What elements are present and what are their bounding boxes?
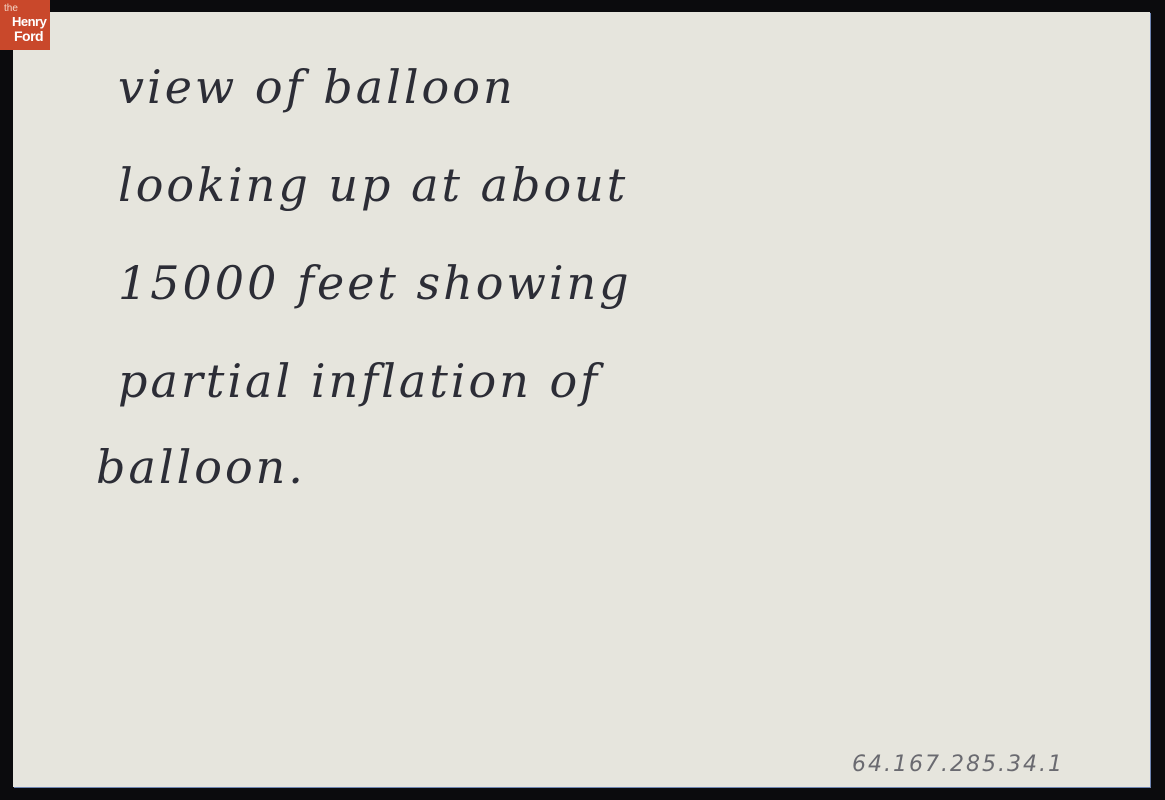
logo-ford: Ford [14, 29, 43, 43]
catalog-number: 64.167.285.34.1 [852, 752, 1064, 777]
logo-the: the [4, 4, 18, 14]
the-henry-ford-logo: the Henry Ford [0, 0, 50, 50]
note-line-3: 15000 feet showing [118, 256, 632, 310]
logo-henry: Henry [12, 15, 46, 28]
note-line-5: balloon. [96, 440, 306, 494]
note-line-2: looking up at about [118, 158, 628, 212]
note-line-1: view of balloon [118, 60, 516, 114]
note-line-4: partial inflation of [118, 354, 600, 408]
